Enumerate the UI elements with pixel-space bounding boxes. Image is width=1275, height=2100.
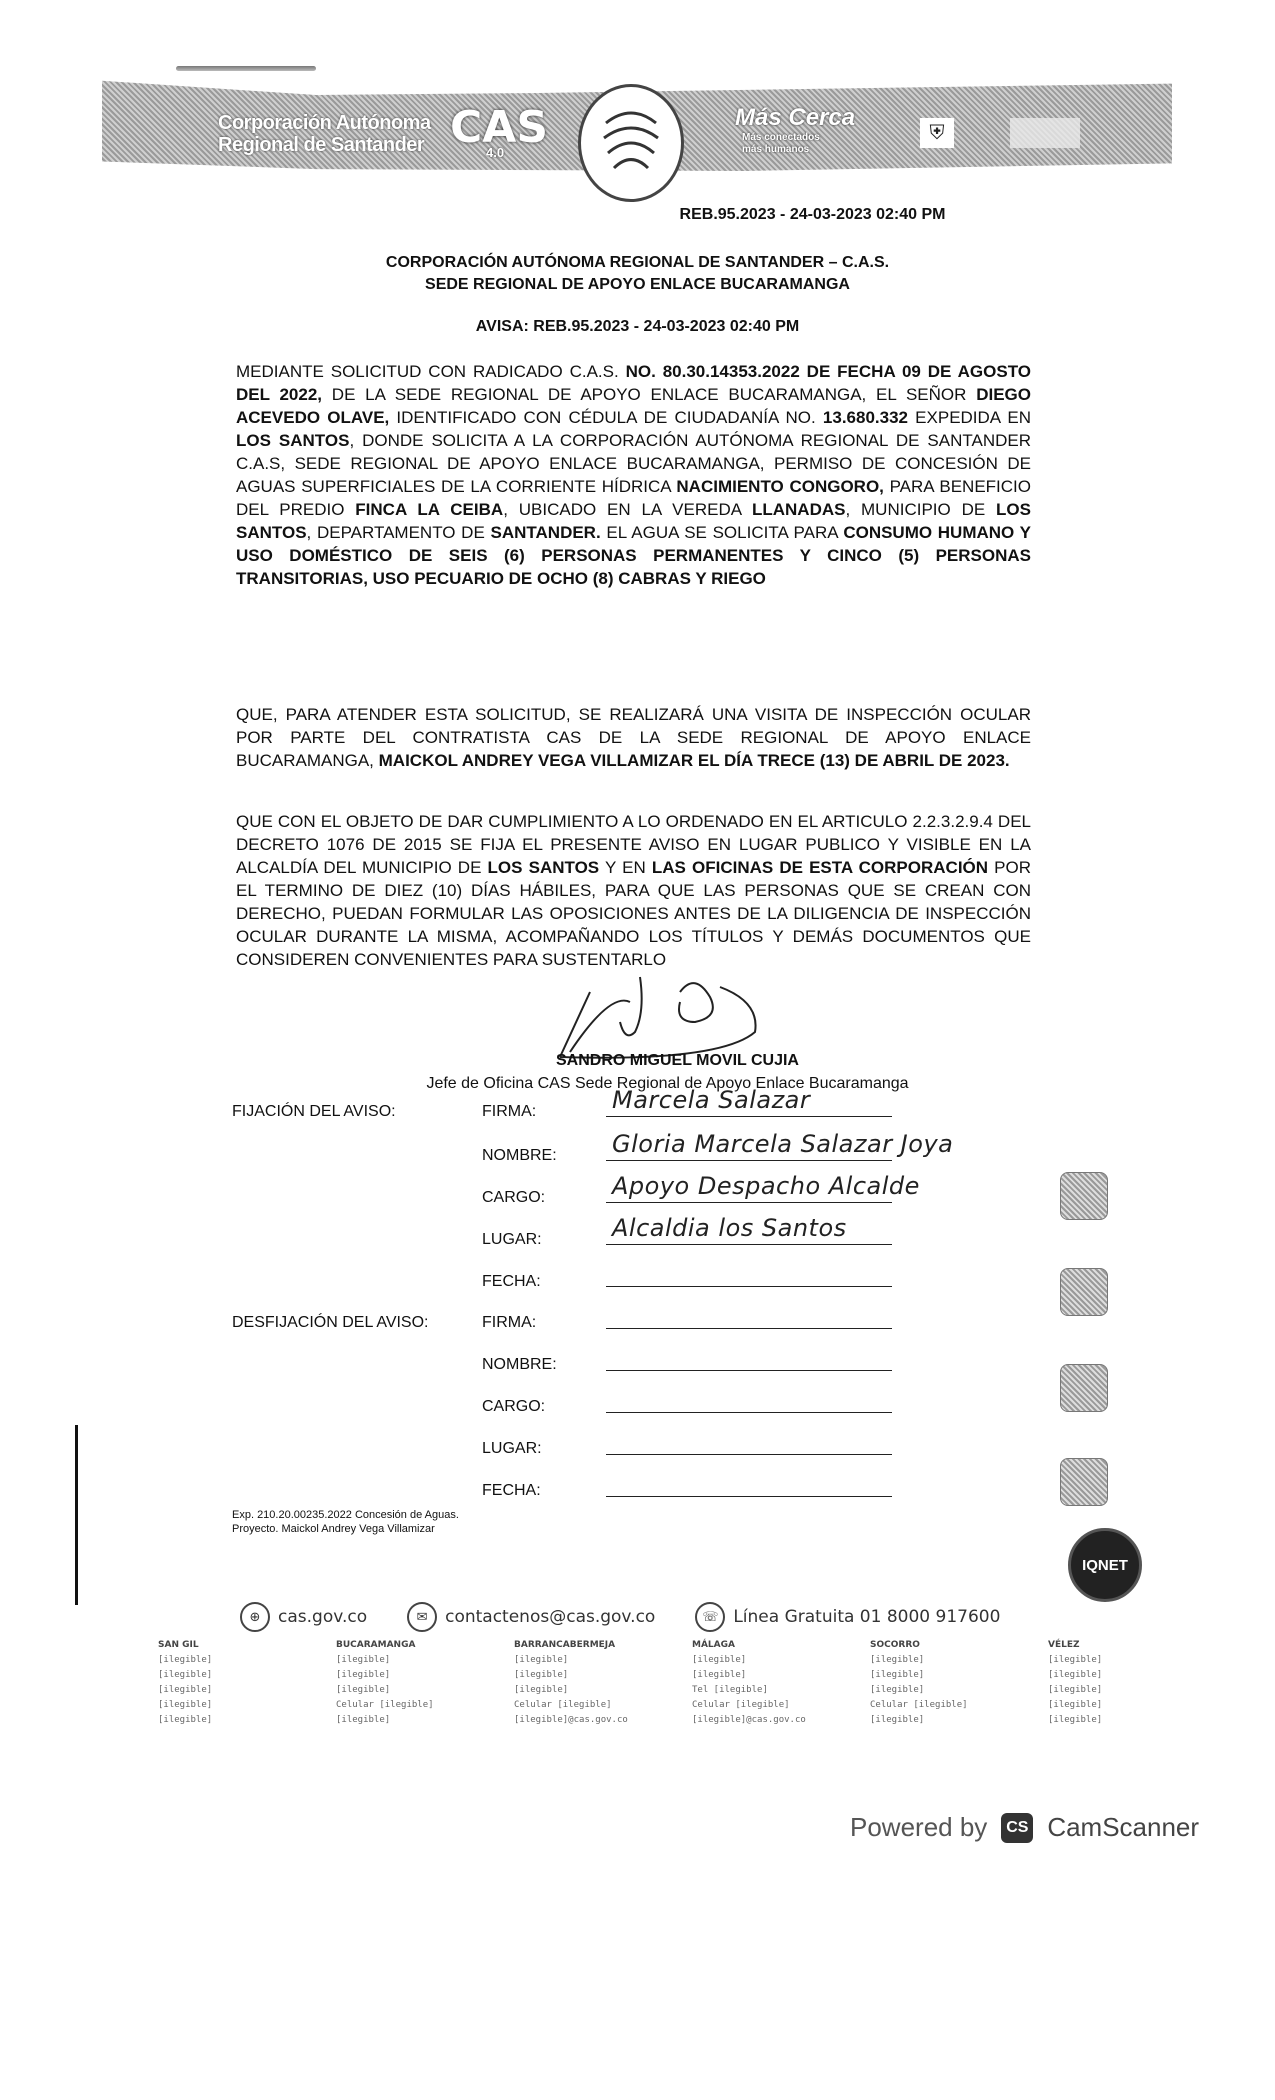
office-detail: [ilegible]: [1048, 1683, 1226, 1698]
desfijacion-lugar-label: LUGAR:: [482, 1440, 542, 1458]
globe-icon: ⊕: [240, 1602, 270, 1632]
iqnet-seal-icon: IQNET: [1068, 1528, 1142, 1602]
office-detail: [ilegible]: [336, 1713, 514, 1728]
body-text-run: , UBICADO EN LA VEREDA: [503, 500, 752, 519]
office-detail: Celular [ilegible]: [692, 1698, 870, 1713]
slogan-sub: Más conectados más humanos: [742, 132, 820, 156]
document-title: CORPORACIÓN AUTÓNOMA REGIONAL DE SANTAND…: [0, 252, 1275, 296]
camscanner-watermark: Powered by CS CamScanner: [850, 1812, 1199, 1843]
footer-contacts: ⊕ cas.gov.co ✉ contactenos@cas.gov.co ☏ …: [240, 1602, 1000, 1632]
avisa-heading: AVISA: REB.95.2023 - 24-03-2023 02:40 PM: [0, 318, 1275, 336]
fijacion-label: FIJACIÓN DEL AVISO:: [232, 1103, 396, 1121]
office-detail: [ilegible]: [514, 1683, 692, 1698]
fijacion-lugar-value: Alcaldia los Santos: [612, 1214, 847, 1242]
paragraph-visita: QUE, PARA ATENDER ESTA SOLICITUD, SE REA…: [236, 703, 1031, 772]
email-text: contactenos@cas.gov.co: [445, 1607, 655, 1627]
office-detail: [ilegible]: [158, 1698, 336, 1713]
certification-stamp-icon: [1060, 1458, 1108, 1506]
fijacion-nombre-label: NOMBRE:: [482, 1147, 557, 1165]
body-text-run: Y EN: [599, 858, 652, 877]
org-name-line1: Corporación Autónoma: [218, 112, 431, 134]
fijacion-nombre-value: Gloria Marcela Salazar Joya: [612, 1130, 953, 1158]
handwritten-signature: [520, 972, 800, 1062]
expediente-line: Exp. 210.20.00235.2022 Concesión de Agua…: [232, 1508, 459, 1522]
office-detail: [ilegible]: [336, 1683, 514, 1698]
fijacion-fecha-label: FECHA:: [482, 1273, 541, 1291]
phone-icon: ☏: [695, 1602, 725, 1632]
office-name: VÉLEZ: [1048, 1638, 1226, 1653]
emphasized-text: LOS SANTOS: [236, 431, 349, 450]
desfijacion-lugar-field: [606, 1428, 892, 1455]
office-detail: [ilegible]: [692, 1653, 870, 1668]
slogan-sub-line1: Más conectados: [742, 132, 820, 144]
office-detail: [ilegible]: [870, 1653, 1048, 1668]
office-column: VÉLEZ[ilegible][ilegible][ilegible][ileg…: [1048, 1638, 1226, 1728]
office-detail: Celular [ilegible]: [870, 1698, 1048, 1713]
proyecto-line: Proyecto. Maickol Andrey Vega Villamizar: [232, 1522, 459, 1536]
camscanner-brand: CamScanner: [1047, 1812, 1199, 1843]
emphasized-text: 13.680.332: [823, 408, 908, 427]
body-text-run: , MUNICIPIO DE: [845, 500, 996, 519]
desfijacion-fecha-label: FECHA:: [482, 1482, 541, 1500]
office-detail: [ilegible]: [158, 1683, 336, 1698]
certification-stamp-icon: [1060, 1172, 1108, 1220]
desfijacion-cargo-label: CARGO:: [482, 1398, 545, 1416]
website-link[interactable]: ⊕ cas.gov.co: [240, 1602, 367, 1632]
document-reference: REB.95.2023 - 24-03-2023 02:40 PM: [0, 206, 1275, 224]
office-detail: Celular [ilegible]: [336, 1698, 514, 1713]
office-detail: [ilegible]@cas.gov.co: [514, 1713, 692, 1728]
certification-stamp-icon: [1060, 1364, 1108, 1412]
office-detail: [ilegible]: [336, 1668, 514, 1683]
desfijacion-fecha-field: [606, 1470, 892, 1497]
office-name: BARRANCABERMEJA: [514, 1638, 692, 1653]
office-detail: Celular [ilegible]: [514, 1698, 692, 1713]
emphasized-text: LOS SANTOS: [488, 858, 600, 877]
office-detail: [ilegible]: [158, 1713, 336, 1728]
fijacion-firma-value: Marcela Salazar: [612, 1086, 810, 1114]
office-name: MÁLAGA: [692, 1638, 870, 1653]
fijacion-fecha-field: [606, 1260, 892, 1287]
title-line2: SEDE REGIONAL DE APOYO ENLACE BUCARAMANG…: [0, 274, 1275, 296]
office-name: SOCORRO: [870, 1638, 1048, 1653]
scan-edge-mark: [75, 1425, 78, 1605]
fijacion-cargo-value: Apoyo Despacho Alcalde: [612, 1172, 920, 1200]
office-detail: Tel [ilegible]: [692, 1683, 870, 1698]
gov-logo-box: [1010, 118, 1080, 148]
body-text-run: MEDIANTE SOLICITUD CON RADICADO C.A.S.: [236, 362, 626, 381]
website-text: cas.gov.co: [278, 1607, 367, 1627]
colombia-shield-icon: ⛨: [920, 118, 954, 148]
office-detail: [ilegible]: [692, 1668, 870, 1683]
office-detail: [ilegible]: [870, 1713, 1048, 1728]
title-line1: CORPORACIÓN AUTÓNOMA REGIONAL DE SANTAND…: [0, 252, 1275, 274]
slogan-sub-line2: más humanos: [742, 144, 820, 156]
expediente-note: Exp. 210.20.00235.2022 Concesión de Agua…: [232, 1508, 459, 1536]
office-column: BARRANCABERMEJA[ilegible][ilegible][ileg…: [514, 1638, 692, 1728]
office-column: SOCORRO[ilegible][ilegible][ilegible]Cel…: [870, 1638, 1048, 1728]
office-detail: [ilegible]@cas.gov.co: [692, 1713, 870, 1728]
office-detail: [ilegible]: [336, 1653, 514, 1668]
footer-offices: SAN GIL[ilegible][ilegible][ilegible][il…: [158, 1638, 1226, 1728]
body-text-run: EL AGUA SE SOLICITA PARA: [601, 523, 844, 542]
office-column: MÁLAGA[ilegible][ilegible]Tel [ilegible]…: [692, 1638, 870, 1728]
mail-icon: ✉: [407, 1602, 437, 1632]
office-column: SAN GIL[ilegible][ilegible][ilegible][il…: [158, 1638, 336, 1728]
emphasized-text: SANTANDER.: [491, 523, 601, 542]
emphasized-text: LLANADAS: [752, 500, 846, 519]
office-name: SAN GIL: [158, 1638, 336, 1653]
fijacion-cargo-label: CARGO:: [482, 1189, 545, 1207]
fijacion-lugar-label: LUGAR:: [482, 1231, 542, 1249]
office-detail: [ilegible]: [514, 1668, 692, 1683]
office-detail: [ilegible]: [158, 1653, 336, 1668]
emphasized-text: FINCA LA CEIBA: [355, 500, 503, 519]
org-name-line2: Regional de Santander: [218, 134, 431, 156]
scanned-document-page: Corporación Autónoma Regional de Santand…: [0, 0, 1275, 2100]
body-text-run: , DEPARTAMENTO DE: [307, 523, 491, 542]
desfijacion-cargo-field: [606, 1386, 892, 1413]
cas-logo-version: 4.0: [486, 145, 504, 160]
email-link[interactable]: ✉ contactenos@cas.gov.co: [407, 1602, 655, 1632]
paragraph-solicitud: MEDIANTE SOLICITUD CON RADICADO C.A.S. N…: [236, 360, 1031, 590]
office-detail: [ilegible]: [1048, 1653, 1226, 1668]
office-detail: [ilegible]: [870, 1683, 1048, 1698]
office-column: BUCARAMANGA[ilegible][ilegible][ilegible…: [336, 1638, 514, 1728]
signatory-name: SANDRO MIGUEL MOVIL CUJIA: [0, 1052, 1275, 1070]
emphasized-text: MAICKOL ANDREY VEGA VILLAMIZAR EL DÍA TR…: [379, 751, 1010, 770]
desfijacion-nombre-label: NOMBRE:: [482, 1356, 557, 1374]
banner-org-name: Corporación Autónoma Regional de Santand…: [218, 112, 431, 156]
hotline: ☏ Línea Gratuita 01 8000 917600: [695, 1602, 1000, 1632]
emphasized-text: LAS OFICINAS DE ESTA CORPORACIÓN: [652, 858, 988, 877]
desfijacion-firma-field: [606, 1302, 892, 1329]
paragraph-fijacion: QUE CON EL OBJETO DE DAR CUMPLIMIENTO A …: [236, 810, 1031, 971]
desfijacion-label: DESFIJACIÓN DEL AVISO:: [232, 1314, 429, 1332]
office-detail: [ilegible]: [514, 1653, 692, 1668]
camscanner-logo-icon: CS: [1001, 1813, 1033, 1843]
slogan: Más Cerca: [735, 104, 855, 132]
hotline-text: Línea Gratuita 01 8000 917600: [733, 1607, 1000, 1627]
body-text-run: EXPEDIDA EN: [908, 408, 1031, 427]
office-detail: [ilegible]: [158, 1668, 336, 1683]
desfijacion-nombre-field: [606, 1344, 892, 1371]
powered-by-text: Powered by: [850, 1812, 987, 1843]
desfijacion-firma-label: FIRMA:: [482, 1314, 536, 1332]
office-name: BUCARAMANGA: [336, 1638, 514, 1653]
emphasized-text: NACIMIENTO CONGORO,: [676, 477, 884, 496]
fijacion-firma-label: FIRMA:: [482, 1103, 536, 1121]
banner-decoration: [176, 66, 316, 71]
office-detail: [ilegible]: [1048, 1713, 1226, 1728]
office-detail: [ilegible]: [1048, 1668, 1226, 1683]
cas-emblem-icon: [578, 84, 684, 202]
office-detail: [ilegible]: [870, 1668, 1048, 1683]
certification-stamp-icon: [1060, 1268, 1108, 1316]
body-text-run: IDENTIFICADO CON CÉDULA DE CIUDADANÍA NO…: [389, 408, 823, 427]
body-text-run: DE LA SEDE REGIONAL DE APOYO ENLACE BUCA…: [322, 385, 976, 404]
office-detail: [ilegible]: [1048, 1698, 1226, 1713]
